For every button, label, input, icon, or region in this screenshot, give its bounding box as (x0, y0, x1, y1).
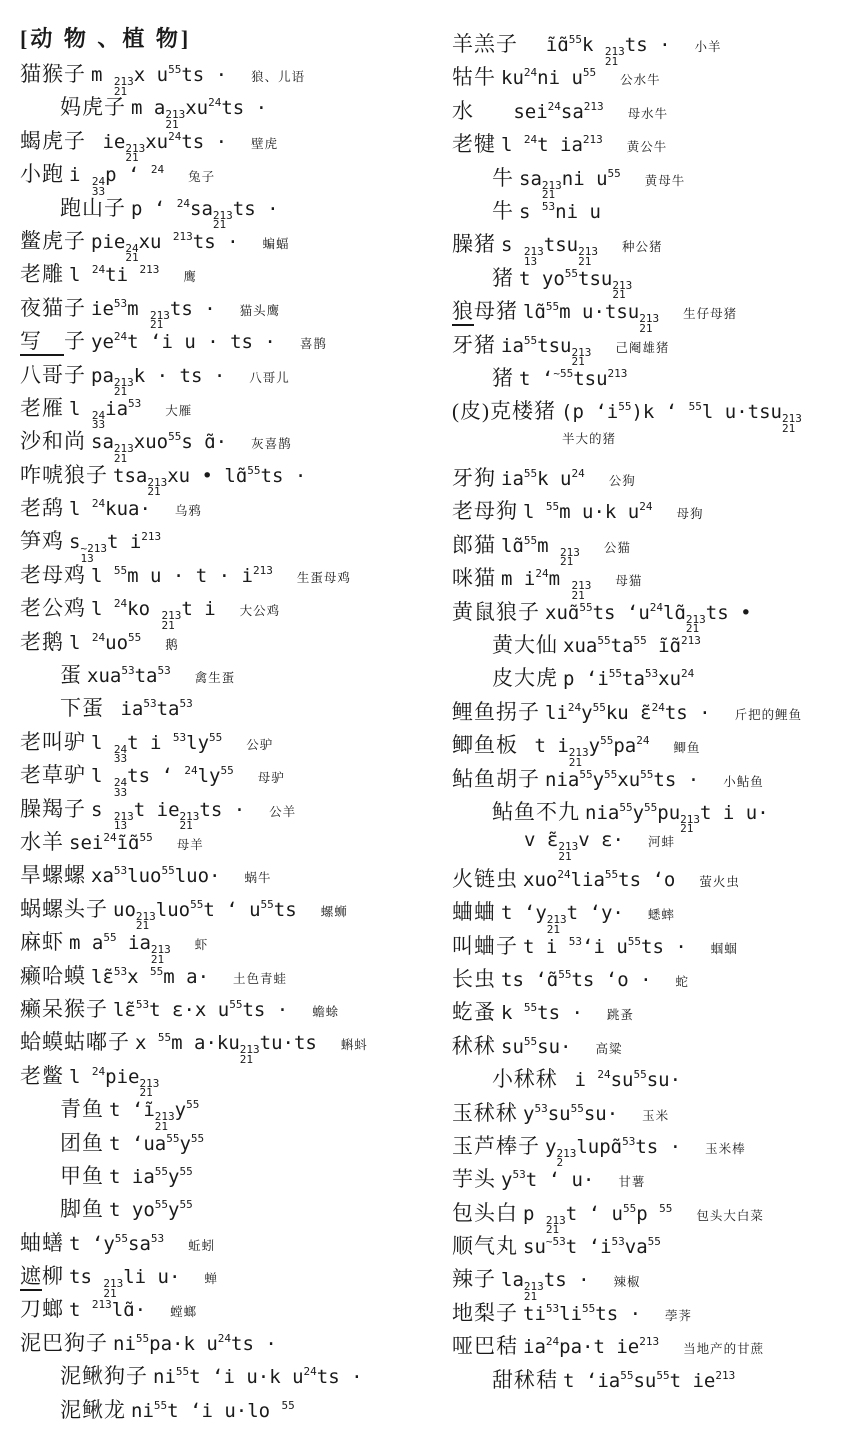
left-column: 猫猴子m 21321x u55ts ·狼、儿语妈虎子m a21321xu24ts… (20, 58, 450, 1427)
phon-text: ku (501, 67, 524, 89)
phon-text: t ʻy· (567, 902, 624, 924)
phon-text: pa·k u (149, 1333, 218, 1355)
dict-entry: 老叫驴l 2433t i 53ly55公驴 (20, 726, 450, 759)
phon-text: sa (190, 198, 213, 220)
dict-entry: 泥巴狗子ni55pa·k u24ts · (20, 1327, 450, 1360)
entry-headword: 老草驴 (20, 759, 86, 789)
phon-text: l (523, 501, 546, 523)
phon-text: ts · (653, 769, 699, 791)
tone-sup: 24 (652, 701, 665, 714)
entry-phonetic: ku24ni u55 (501, 66, 596, 89)
dict-entry: 鲤鱼拐子li24y55ku ɛ̃24ts ·斤把的鲤鱼 (452, 696, 864, 729)
tone-sup: 55 (115, 1232, 128, 1245)
entry-phonetic: lɛ̃53x 55m a· (91, 965, 209, 988)
tone-stack: 21321 (114, 444, 134, 463)
tone-sup: 55 (161, 864, 174, 877)
tone-sup: 53 (128, 397, 141, 410)
tone-stack: 21321 (569, 748, 589, 767)
dict-entry: 水 sei24sa213母水牛 (452, 95, 864, 128)
tone-sup: 55 (640, 768, 653, 781)
entry-phonetic: ĩɑ̃55k 21321ts · (523, 33, 671, 66)
entry-gloss: 禽生蛋 (195, 668, 236, 686)
phon-text: m (549, 568, 572, 590)
entry-gloss: 乌鸦 (175, 501, 202, 519)
phon-text: l (91, 765, 114, 787)
phon-text: t ʻia (563, 1370, 620, 1392)
entry-phonetic: li24y55ku ɛ̃24ts · (545, 701, 711, 724)
tone-stack: 21321 (165, 110, 185, 129)
tone-sup: 213 (584, 100, 604, 113)
entry-headword: 跑山子 (60, 192, 126, 222)
phon-text: sei (479, 101, 548, 123)
tone-sup: 213 (92, 1298, 112, 1311)
tone-stack: 21321 (639, 314, 659, 333)
phon-text: k (582, 34, 605, 56)
tone-stack: 21321 (782, 414, 802, 433)
entry-headword: 羊羔子 (452, 28, 518, 58)
phon-text: m a (69, 932, 103, 954)
phon-text: y (175, 1099, 186, 1121)
entry-gloss: 母羊 (177, 835, 204, 853)
entry-headword: 猪 (492, 362, 514, 392)
entry-headword: (皮)克楼猪 (452, 395, 556, 425)
tone-sup: 55 (176, 1365, 189, 1378)
phon-text: xua (563, 635, 597, 657)
phon-text: lɑ̃ (523, 301, 546, 323)
entry-gloss: 蝌蚪 (341, 1035, 368, 1053)
dict-entry: 秫秫su55su·高粱 (452, 1030, 864, 1063)
dict-entry: 猫猴子m 21321x u55ts ·狼、儿语 (20, 58, 450, 91)
entry-phonetic: ti53li55ts · (523, 1302, 641, 1325)
phon-text: ly (186, 732, 209, 754)
phon-text: ĩɑ̃ (117, 832, 140, 854)
entry-phonetic: l 24kua· (69, 497, 151, 520)
tone-stack: 2433 (114, 778, 127, 797)
entry-headword: 长虫 (452, 963, 496, 993)
phon-text: ts · (181, 64, 227, 86)
tone-sup: 55 (114, 564, 127, 577)
dict-entry: 蜗螺头子uo21321luo55t ʻ u55ts螺蛳 (20, 893, 450, 926)
phon-text: tsu (573, 368, 607, 390)
phon-text: ts ʻu (593, 602, 650, 624)
phon-text: xu • lɑ̃ (167, 465, 247, 487)
phon-text: tsu (537, 335, 571, 357)
entry-headword: 牯牛 (452, 61, 496, 91)
dict-entry: 长虫ts ʻɑ̃55ts ʻo ·蛇 (452, 963, 864, 996)
tone-sup: 213 (583, 133, 603, 146)
tone-sup: 24 (114, 330, 127, 343)
phon-text: t ʻua (109, 1133, 166, 1155)
phon-text: tsa (113, 465, 147, 487)
tone-stack: 21321 (571, 581, 591, 600)
tone-sup: 55 (220, 764, 233, 777)
tone-stack: 21313 (114, 812, 134, 831)
entry-phonetic: ia55tsu21321 (501, 334, 591, 367)
phon-text: ia (117, 932, 151, 954)
tone-sup: 24 (548, 100, 561, 113)
phon-text: pie (105, 1066, 139, 1088)
tone-sup: 55 (618, 400, 631, 413)
phon-text: m u·tsu (559, 301, 639, 323)
entry-phonetic: y53t ʻ u· (501, 1168, 594, 1191)
entry-phonetic: l 2433ts ʻ 24ly55 (91, 764, 234, 797)
entry-phonetic: t yo55y55 (109, 1198, 193, 1221)
underlined-char: 写 (20, 329, 64, 356)
phon-text: nia (545, 769, 579, 791)
entry-phonetic: x 55m a·ku21321tu·ts (135, 1031, 317, 1064)
tone-sup: 24 (103, 831, 116, 844)
entry-headword: 蚰蟮 (20, 1227, 64, 1257)
entry-headword: 老母鸡 (20, 559, 86, 589)
phon-text: ts ʻɑ̃ (501, 969, 558, 991)
entry-headword: 妈虎子 (60, 91, 126, 121)
tone-sup: 213 (139, 263, 159, 276)
entry-phonetic: p 21321t ʻ u55p 55 (523, 1202, 672, 1235)
entry-phonetic: sa21321xuo55s ɑ̃· (91, 430, 227, 463)
tone-sup: 55 (620, 1369, 633, 1382)
tone-sup: 55 (155, 1165, 168, 1178)
phon-text: x (127, 966, 150, 988)
phon-text: pu (657, 802, 680, 824)
phon-text: pa·t ie (559, 1336, 639, 1358)
dict-entry: 蛋xua53ta53禽生蛋 (20, 659, 450, 692)
tone-sup: 55 (155, 1198, 168, 1211)
phon-text: ts ʻo (618, 869, 675, 891)
dict-entry: 八哥子pa21321k · ts ·八哥儿 (20, 359, 450, 392)
dict-entry: 鲇鱼不九nia55y55pu21321t i u· (452, 796, 864, 829)
phon-text: pa (91, 365, 114, 387)
phon-text: (p ʻi (561, 401, 618, 423)
entry-gloss: 蜗牛 (244, 868, 271, 886)
tone-sup: 55 (282, 1399, 295, 1412)
phon-text: ta (135, 665, 158, 687)
entry-headword: 老鸹 (20, 492, 64, 522)
tone-sup: 55 (583, 66, 596, 79)
entry-headword: 老雕 (20, 258, 64, 288)
phon-text: t ʻi u·k u (189, 1366, 303, 1388)
dict-entry: 老雁l 2433ia53大雁 (20, 392, 450, 425)
tone-sup: 55 (524, 1035, 537, 1048)
tone-stack: 21321 (125, 144, 145, 163)
tone-sup: 55 (644, 801, 657, 814)
entry-headword: 黄鼠狼子 (452, 596, 540, 626)
entry-gloss: 公驴 (246, 735, 273, 753)
dict-entry: 叫蛐子t i 53ʻi u55ts ·蝈蝈 (452, 930, 864, 963)
entry-gloss: 狼、儿语 (251, 67, 305, 85)
phon-text: lɑ̃ (663, 602, 686, 624)
phon-text: su (548, 1103, 571, 1125)
dictionary-page: [动 物 、植 物] 猫猴子m 21321x u55ts ·狼、儿语妈虎子m a… (0, 0, 864, 1429)
dict-entry: 鳖虎子pie2421xu 213ts ·蝙蝠 (20, 225, 450, 258)
dict-entry: 老母鸡l 55m u · t · i213生蛋母鸡 (20, 559, 450, 592)
entry-phonetic: l 24uo55 (69, 631, 141, 654)
entry-phonetic: xuo24lia55ts ʻo (523, 868, 675, 891)
dict-entry: 牯牛ku24ni u55公水牛 (452, 61, 864, 94)
entry-headword: 郎猫 (452, 529, 496, 559)
dict-entry: 老雕l 24ti 213鹰 (20, 258, 450, 291)
dict-entry: 羊羔子 ĩɑ̃55k 21321ts ·小羊 (452, 28, 864, 61)
phon-text: luo (156, 899, 190, 921)
tone-sup: 55 (582, 1302, 595, 1315)
tone-stack: 21321 (560, 548, 580, 567)
entry-headword: 火链虫 (452, 863, 518, 893)
tone-sup: 24 (218, 1332, 231, 1345)
phon-text: ĩɑ̃ (523, 34, 569, 56)
tone-stack: 21321 (547, 915, 567, 934)
dict-entry: 半大的猪 (452, 429, 864, 462)
tone-stack: 21321 (578, 247, 598, 266)
entry-headword: 牛 (492, 162, 514, 192)
entry-gloss: 母水牛 (628, 104, 669, 122)
entry-phonetic: pa21321k · ts · (91, 365, 225, 397)
tone-stack: 21321 (136, 912, 156, 931)
tone-sup: 55 (546, 500, 559, 513)
entry-gloss: 辣椒 (614, 1272, 641, 1290)
phon-text: t yo (109, 1199, 155, 1221)
phon-text: xu (185, 97, 208, 119)
phon-text: l (69, 632, 92, 654)
phon-text: l (69, 498, 92, 520)
phon-text: y (168, 1166, 179, 1188)
entry-gloss: 公猫 (604, 538, 631, 556)
entry-gloss: 荸荠 (665, 1306, 692, 1324)
phon-text: t yo (519, 268, 565, 290)
tone-sup: 24 (208, 96, 221, 109)
entry-phonetic: ni55t ʻi u·lo 55 (131, 1399, 295, 1422)
phon-text: s ɑ̃· (181, 431, 227, 453)
dict-entry: 下蛋 ia53ta53 (20, 692, 450, 725)
entry-headword: 甜秫秸 (492, 1364, 558, 1394)
tone-stack: 21321 (524, 1282, 544, 1301)
phon-text: l u·tsu (702, 401, 782, 423)
phon-text: t ʻy (501, 902, 547, 924)
entry-headword: 泥鳅狗子 (60, 1360, 148, 1390)
tone-sup: 53 (114, 297, 127, 310)
phon-text: m a· (163, 966, 209, 988)
page-title: [动 物 、植 物] (20, 22, 191, 53)
tone-sup: 55 (103, 931, 116, 944)
phon-text: t ia (537, 134, 583, 156)
entry-gloss: 甘薯 (618, 1172, 645, 1190)
entry-gloss: 虾 (195, 935, 209, 953)
phon-text: ni (131, 1400, 154, 1422)
phon-text: xua (87, 665, 121, 687)
dict-entry: 黄鼠狼子xuɑ̃55ts ʻu24lɑ̃21321ts • (452, 596, 864, 629)
dict-entry: 狼母猪lɑ̃55m u·tsu21321生仔母猪 (452, 295, 864, 328)
phon-text: ia (501, 468, 524, 490)
entry-headword: 蛐蛐 (452, 896, 496, 926)
entry-headword: 老公鸡 (20, 592, 86, 622)
phon-text: su (501, 1036, 524, 1058)
phon-text: ts · (193, 231, 239, 253)
phon-text: ia (523, 1336, 546, 1358)
tone-sup: 55 (609, 667, 622, 680)
tone-sup: 55 (605, 868, 618, 881)
entry-headword: 猪 (492, 262, 514, 292)
tone-stack: 2433 (92, 411, 105, 430)
tone-sup: 55 (558, 968, 571, 981)
entry-phonetic: ts 21321li u· (69, 1266, 180, 1298)
tone-sup: 55 (648, 1235, 661, 1248)
tone-sup: 24 (636, 734, 649, 747)
underlined-char: 遮 (20, 1264, 42, 1291)
phon-text: y (168, 1199, 179, 1221)
entry-gloss: 蝈蝈 (711, 939, 738, 957)
entry-gloss: 蛇 (676, 972, 690, 990)
tone-stack: 21321 (161, 611, 181, 630)
tone-stack: 21321 (571, 348, 591, 367)
tone-sup: 24 (92, 1065, 105, 1078)
tone-sup: 53 (534, 1102, 547, 1115)
dict-entry: 玉秫秫y53su55su·玉米 (452, 1097, 864, 1130)
tone-stack: 21321 (151, 945, 171, 964)
phon-text: m (127, 298, 150, 320)
tone-stack: 21321 (605, 47, 625, 66)
entry-gloss: 半大的猪 (562, 429, 616, 447)
entry-headword: 黄大仙 (492, 629, 558, 659)
tone-sup: 53 (542, 200, 555, 213)
phon-text: t i (523, 936, 569, 958)
phon-text: pa (613, 735, 636, 757)
phon-text: m (537, 535, 560, 557)
entry-headword: 夜猫子 (20, 292, 86, 322)
phon-text: ye (91, 331, 114, 353)
phon-text: xu (658, 668, 681, 690)
dict-entry: 猪t yo55tsu21321 (452, 262, 864, 295)
entry-gloss: 螳螂 (170, 1302, 197, 1320)
entry-headword: 小秫秫 (492, 1063, 558, 1093)
entry-headword: 咪猫 (452, 562, 496, 592)
phon-text: p (523, 1203, 546, 1225)
entry-gloss: 母驴 (258, 768, 285, 786)
tone-sup: 24 (184, 764, 197, 777)
entry-gloss: 斤把的鲤鱼 (735, 705, 803, 723)
tone-stack: 21321 (150, 311, 170, 330)
entry-headword: 蜗螺头子 (20, 893, 108, 923)
entry-headword: 鲇鱼胡子 (452, 763, 540, 793)
dict-entry: 地梨子ti53li55ts ·荸荠 (452, 1297, 864, 1330)
tone-stack: 21321 (546, 1216, 566, 1235)
phon-text: y (593, 769, 604, 791)
entry-headword: 包头白 (452, 1197, 518, 1227)
phon-text: ie (91, 131, 125, 153)
dict-entry: 团鱼t ʻua55y55 (20, 1127, 450, 1160)
tone-sup: 55 (168, 430, 181, 443)
phon-text: l (69, 398, 92, 420)
entry-headword: 老犍 (452, 128, 496, 158)
tone-sup: 53 (114, 965, 127, 978)
phon-text: t ʻy (69, 1233, 115, 1255)
tone-sup: 55 (179, 1165, 192, 1178)
phon-text: lɑ̃· (112, 1299, 146, 1321)
tone-sup: 55 (158, 1031, 171, 1044)
dict-entry: 黄大仙xua55ta55 ĩɑ̃213 (452, 629, 864, 662)
entry-headword: 下蛋 (60, 692, 104, 722)
phon-text: t ʻ u (566, 1203, 623, 1225)
entry-headword: 玉芦棒子 (452, 1130, 540, 1160)
tone-sup: 55 (168, 63, 181, 76)
dict-entry: 臊羯子s 21313t ie21321ts ·公羊 (20, 793, 450, 826)
entry-headword: 秫秫 (452, 1030, 496, 1060)
entry-phonetic: m a21321xu24ts · (131, 96, 267, 129)
phon-text: t ʻi u·lo (167, 1400, 281, 1422)
tone-sup: ~55 (553, 367, 573, 380)
entry-gloss: 螺蛳 (321, 902, 348, 920)
dict-entry: 牙狗ia55k u24公狗 (452, 462, 864, 495)
phon-text: t ia (109, 1166, 155, 1188)
dict-entry: 蝎虎子 ie21321xu24ts ·壁虎 (20, 125, 450, 158)
entry-gloss: 猫头鹰 (240, 301, 281, 319)
tone-sup: 55 (633, 634, 646, 647)
dict-entry: 遮柳ts 21321li u·蝉 (20, 1260, 450, 1293)
phon-text: y (589, 735, 600, 757)
tone-stack: 21321 (155, 1112, 175, 1131)
entry-headword: 沙和尚 (20, 425, 86, 455)
entry-headword: 蛋 (60, 659, 82, 689)
dict-entry: 牛sa21321ni u55黄母牛 (452, 162, 864, 195)
phon-text: su· (647, 1069, 681, 1091)
phon-text: l (91, 565, 114, 587)
phon-text: xuɑ̃ (545, 602, 579, 624)
phon-text: v ɛ· (578, 829, 624, 851)
entry-headword: 虼蚤 (452, 996, 496, 1026)
entry-phonetic: y2132lupɑ̃53ts · (545, 1135, 681, 1168)
entry-gloss: 包头大白菜 (696, 1206, 764, 1224)
phon-text: p (636, 1203, 659, 1225)
tone-sup: 55 (190, 898, 203, 911)
tone-stack: 21321 (558, 842, 578, 861)
phon-text: t i (107, 531, 141, 553)
phon-text: ts ʻ (127, 765, 184, 787)
phon-text: ts · (595, 1303, 641, 1325)
phon-text: m u · t · i (127, 565, 253, 587)
tone-sup: 24 (597, 1068, 610, 1081)
tone-sup: 55 (571, 1102, 584, 1115)
dict-entry: 咋唬狼子tsa21321xu • lɑ̃55ts · (20, 459, 450, 492)
phon-text: y (179, 1133, 190, 1155)
entry-headword: 哑巴秸 (452, 1330, 518, 1360)
phon-text: i (563, 1069, 597, 1091)
entry-gloss: 萤火虫 (699, 872, 740, 890)
tone-sup: 53 (569, 935, 582, 948)
tone-sup: 53 (179, 697, 192, 710)
phon-text: k (501, 1002, 524, 1024)
entry-gloss: 蚯蚓 (188, 1236, 215, 1254)
tone-stack: 2421 (125, 244, 138, 263)
entry-gloss: 种公猪 (622, 237, 663, 255)
phon-text: l (91, 598, 114, 620)
tone-sup: 55 (633, 1068, 646, 1081)
entry-phonetic: ye24t ʻi u · ts · (91, 330, 276, 353)
entry-gloss: 鲫鱼 (673, 738, 700, 756)
phon-text: y (545, 1136, 556, 1158)
entry-headword: 鲫鱼板 (452, 729, 518, 759)
dict-entry: 跑山子p ʻ 24sa21321ts · (20, 192, 450, 225)
tone-sup: 55 (136, 1332, 149, 1345)
tone-sup: 53 (136, 998, 149, 1011)
phon-text: p ʻi (563, 668, 609, 690)
phon-text: nia (585, 802, 619, 824)
tone-stack: 2433 (114, 745, 127, 764)
phon-text: ti (523, 1303, 546, 1325)
entry-phonetic: ia53ta53 (109, 697, 193, 720)
phon-text: t ie (670, 1370, 716, 1392)
dict-entry: 癞哈蟆lɛ̃53x 55m a·土色青蛙 (20, 960, 450, 993)
tone-sup: 55 (628, 935, 641, 948)
dict-entry: 牛s 53ni u (452, 195, 864, 228)
phon-text: ĩɑ̃ (647, 635, 681, 657)
dict-entry: 哑巴秸ia24pa·t ie213当地产的甘蔗 (452, 1330, 864, 1363)
